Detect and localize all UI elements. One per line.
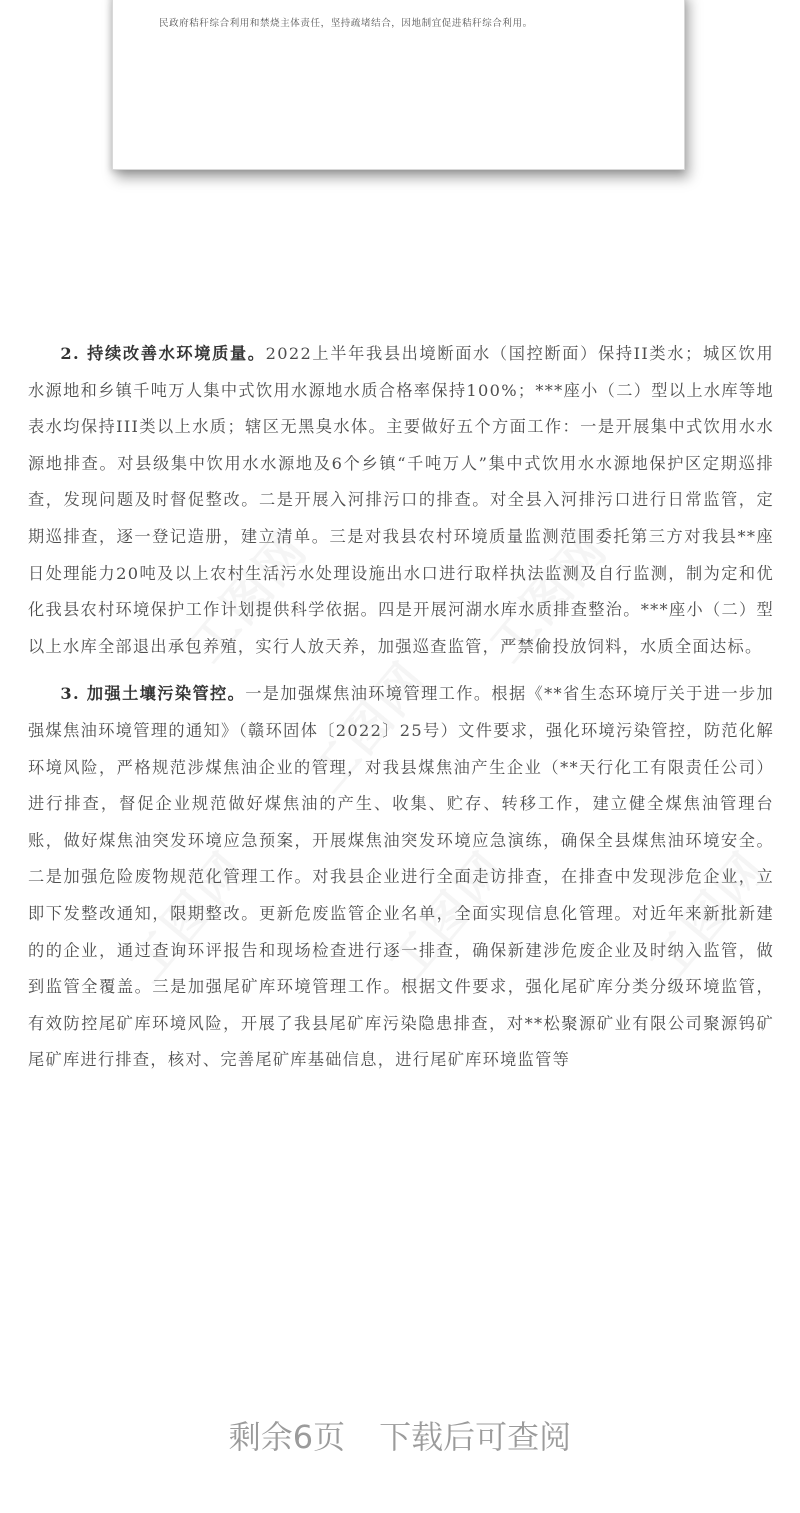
download-hint: 下载后可查阅 xyxy=(379,1418,571,1456)
section-heading: 2. 持续改善水环境质量。 xyxy=(60,344,265,363)
section-heading: 3. 加强土壤污染管控。 xyxy=(60,684,245,703)
remaining-pages-download-prompt[interactable]: 剩余6页下载后可查阅 xyxy=(0,1412,800,1458)
section-water-quality: 2. 持续改善水环境质量。2022上半年我县出境断面水（国控断面）保持II类水；… xyxy=(28,336,774,665)
section-text: 一是加强煤焦油环境管理工作。根据《**省生态环境厅关于进一步加强煤焦油环境管理的… xyxy=(28,684,774,1069)
previous-page-preview: 民政府秸秆综合利用和禁烧主体责任，坚持疏堵结合，因地制宜促进秸秆综合利用。 xyxy=(112,0,685,170)
section-text: 2022上半年我县出境断面水（国控断面）保持II类水；城区饮用水源地和乡镇千吨万… xyxy=(28,344,774,656)
section-soil-pollution: 3. 加强土壤污染管控。一是加强煤焦油环境管理工作。根据《**省生态环境厅关于进… xyxy=(28,676,774,1079)
preview-last-line: 民政府秸秆综合利用和禁烧主体责任，坚持疏堵结合，因地制宜促进秸秆综合利用。 xyxy=(159,15,533,29)
document-body: 2. 持续改善水环境质量。2022上半年我县出境断面水（国控断面）保持II类水；… xyxy=(28,336,774,1079)
remaining-pages-count: 剩余6页 xyxy=(229,1418,345,1456)
